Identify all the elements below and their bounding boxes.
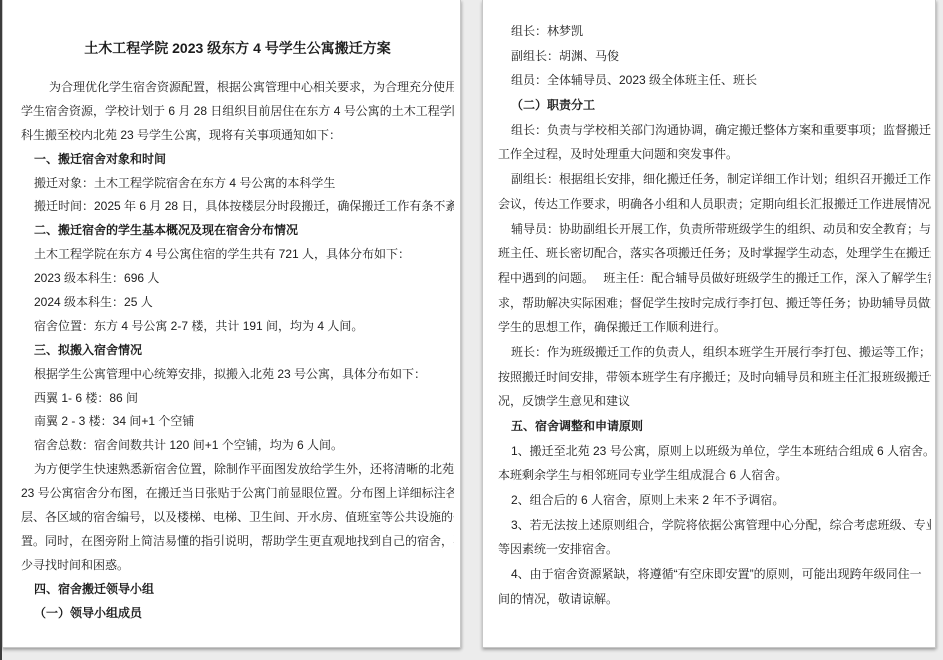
document-line: 置。同时，在图旁附上简洁易懂的指引说明，帮助学生更直观地找到自己的宿舍，减 bbox=[21, 530, 454, 554]
document-line: 会议，传达工作要求，明确各小组和人员职责；定期向组长汇报搬迁工作进展情况。 bbox=[498, 192, 931, 217]
document-line: 本班剩余学生与相邻班同专业学生组成混合 6 人宿舍。 bbox=[498, 463, 931, 488]
document-line: 四、宿舍搬迁领导小组 bbox=[21, 578, 454, 602]
document-line: 班主任、班长密切配合，落实各项搬迁任务；及时掌握学生动态，处理学生在搬迁过 bbox=[498, 241, 931, 266]
document-line: 层、各区域的宿舍编号，以及楼梯、电梯、卫生间、开水房、值班室等公共设施的位 bbox=[21, 506, 454, 530]
document-line: 程中遇到的问题。 班主任：配合辅导员做好班级学生的搬迁工作，深入了解学生需 bbox=[498, 266, 931, 291]
document-line: 2024 级本科生：25 人 bbox=[21, 291, 454, 315]
document-line: 班长：作为班级搬迁工作的负责人，组织本班学生开展行李打包、搬运等工作； bbox=[498, 340, 931, 365]
document-line: 科生搬至校内北苑 23 号学生公寓，现将有关事项通知如下： bbox=[21, 124, 454, 148]
page-1-text-body: 为合理优化学生宿舍资源配置，根据公寓管理中心相关要求，为合理充分使用好学生宿舍资… bbox=[21, 76, 454, 625]
document-line: 4、由于宿舍资源紧缺，将遵循“有空床即安置”的原则，可能出现跨年级同住一 bbox=[498, 562, 931, 587]
document-line: 组长：负责与学校相关部门沟通协调，确定搬迁整体方案和重要事项；监督搬迁 bbox=[498, 118, 931, 143]
document-line: 求，帮助解决实际困难；督促学生按时完成行李打包、搬迁等任务；协助辅导员做好 bbox=[498, 291, 931, 316]
document-line: 学生宿舍资源，学校计划于 6 月 28 日组织目前居住在东方 4 号公寓的土木工… bbox=[21, 100, 454, 124]
app-window: { "document": { "title": "土木工程学院 2023 级东… bbox=[0, 0, 943, 660]
document-line: 副组长：胡渊、马俊 bbox=[498, 44, 931, 69]
document-line: 2023 级本科生：696 人 bbox=[21, 267, 454, 291]
document-line: 一、搬迁宿舍对象和时间 bbox=[21, 148, 454, 172]
document-line: 宿舍位置：东方 4 号公寓 2-7 楼，共计 191 间，均为 4 人间。 bbox=[21, 315, 454, 339]
document-line: 为方便学生快速熟悉新宿舍位置，除制作平面图发放给学生外，还将清晰的北苑 bbox=[21, 458, 454, 482]
document-line: 二、搬迁宿舍的学生基本概况及现在宿舍分布情况 bbox=[21, 219, 454, 243]
document-line: 根据学生公寓管理中心统筹安排，拟搬入北苑 23 号公寓，具体分布如下： bbox=[21, 363, 454, 387]
document-viewer: 土木工程学院 2023 级东方 4 号学生公寓搬迁方案 为合理优化学生宿舍资源配… bbox=[0, 0, 943, 660]
document-line: （二）职责分工 bbox=[498, 93, 931, 118]
document-line: （一）领导小组成员 bbox=[21, 602, 454, 626]
document-line: 土木工程学院在东方 4 号公寓住宿的学生共有 721 人，具体分布如下： bbox=[21, 243, 454, 267]
document-line: 辅导员：协助副组长开展工作，负责所带班级学生的组织、动员和安全教育；与 bbox=[498, 217, 931, 242]
document-line: 三、拟搬入宿舍情况 bbox=[21, 339, 454, 363]
document-line: 搬迁对象：土木工程学院宿舍在东方 4 号公寓的本科学生 bbox=[21, 172, 454, 196]
document-line: 1、搬迁至北苑 23 号公寓，原则上以班级为单位，学生本班结合组成 6 人宿舍。 bbox=[498, 439, 931, 464]
document-line: 搬迁时间：2025 年 6 月 28 日，具体按楼层分时段搬迁，确保搬迁工作有条… bbox=[21, 195, 454, 219]
document-line: 等因素统一安排宿舍。 bbox=[498, 537, 931, 562]
document-line: 2、组合后的 6 人宿舍，原则上未来 2 年不予调宿。 bbox=[498, 488, 931, 513]
page-2-text-body: 组长：林梦凯副组长：胡渊、马俊组员：全体辅导员、2023 级全体班主任、班长（二… bbox=[498, 19, 931, 612]
document-page-1[interactable]: 土木工程学院 2023 级东方 4 号学生公寓搬迁方案 为合理优化学生宿舍资源配… bbox=[2, 0, 461, 648]
document-line: 五、宿舍调整和申请原则 bbox=[498, 414, 931, 439]
window-left-edge bbox=[0, 0, 2, 660]
document-line: 宿舍总数：宿舍间数共计 120 间+1 个空铺，均为 6 人间。 bbox=[21, 434, 454, 458]
document-title: 土木工程学院 2023 级东方 4 号学生公寓搬迁方案 bbox=[21, 36, 454, 60]
document-line: 工作全过程，及时处理重大问题和突发事件。 bbox=[498, 142, 931, 167]
document-line: 组长：林梦凯 bbox=[498, 19, 931, 44]
document-line: 南翼 2 - 3 楼：34 间+1 个空铺 bbox=[21, 410, 454, 434]
document-line: 副组长：根据组长安排，细化搬迁任务，制定详细工作计划；组织召开搬迁工作 bbox=[498, 167, 931, 192]
document-line: 况，反馈学生意见和建议 bbox=[498, 389, 931, 414]
document-line: 西翼 1- 6 楼：86 间 bbox=[21, 387, 454, 411]
document-line: 组员：全体辅导员、2023 级全体班主任、班长 bbox=[498, 68, 931, 93]
document-line: 少寻找时间和困惑。 bbox=[21, 554, 454, 578]
document-page-2[interactable]: 组长：林梦凯副组长：胡渊、马俊组员：全体辅导员、2023 级全体班主任、班长（二… bbox=[482, 0, 936, 648]
document-line: 3、若无法按上述原则组合，学院将依据公寓管理中心分配，综合考虑班级、专业 bbox=[498, 513, 931, 538]
document-line: 间的情况，敬请谅解。 bbox=[498, 587, 931, 612]
document-line: 学生的思想工作，确保搬迁工作顺利进行。 bbox=[498, 315, 931, 340]
document-line: 23 号公寓宿舍分布图，在搬迁当日张贴于公寓门前显眼位置。分布图上详细标注各楼 bbox=[21, 482, 454, 506]
document-line: 按照搬迁时间安排，带领本班学生有序搬迁；及时向辅导员和班主任汇报班级搬迁情 bbox=[498, 365, 931, 390]
document-line: 为合理优化学生宿舍资源配置，根据公寓管理中心相关要求，为合理充分使用好 bbox=[21, 76, 454, 100]
